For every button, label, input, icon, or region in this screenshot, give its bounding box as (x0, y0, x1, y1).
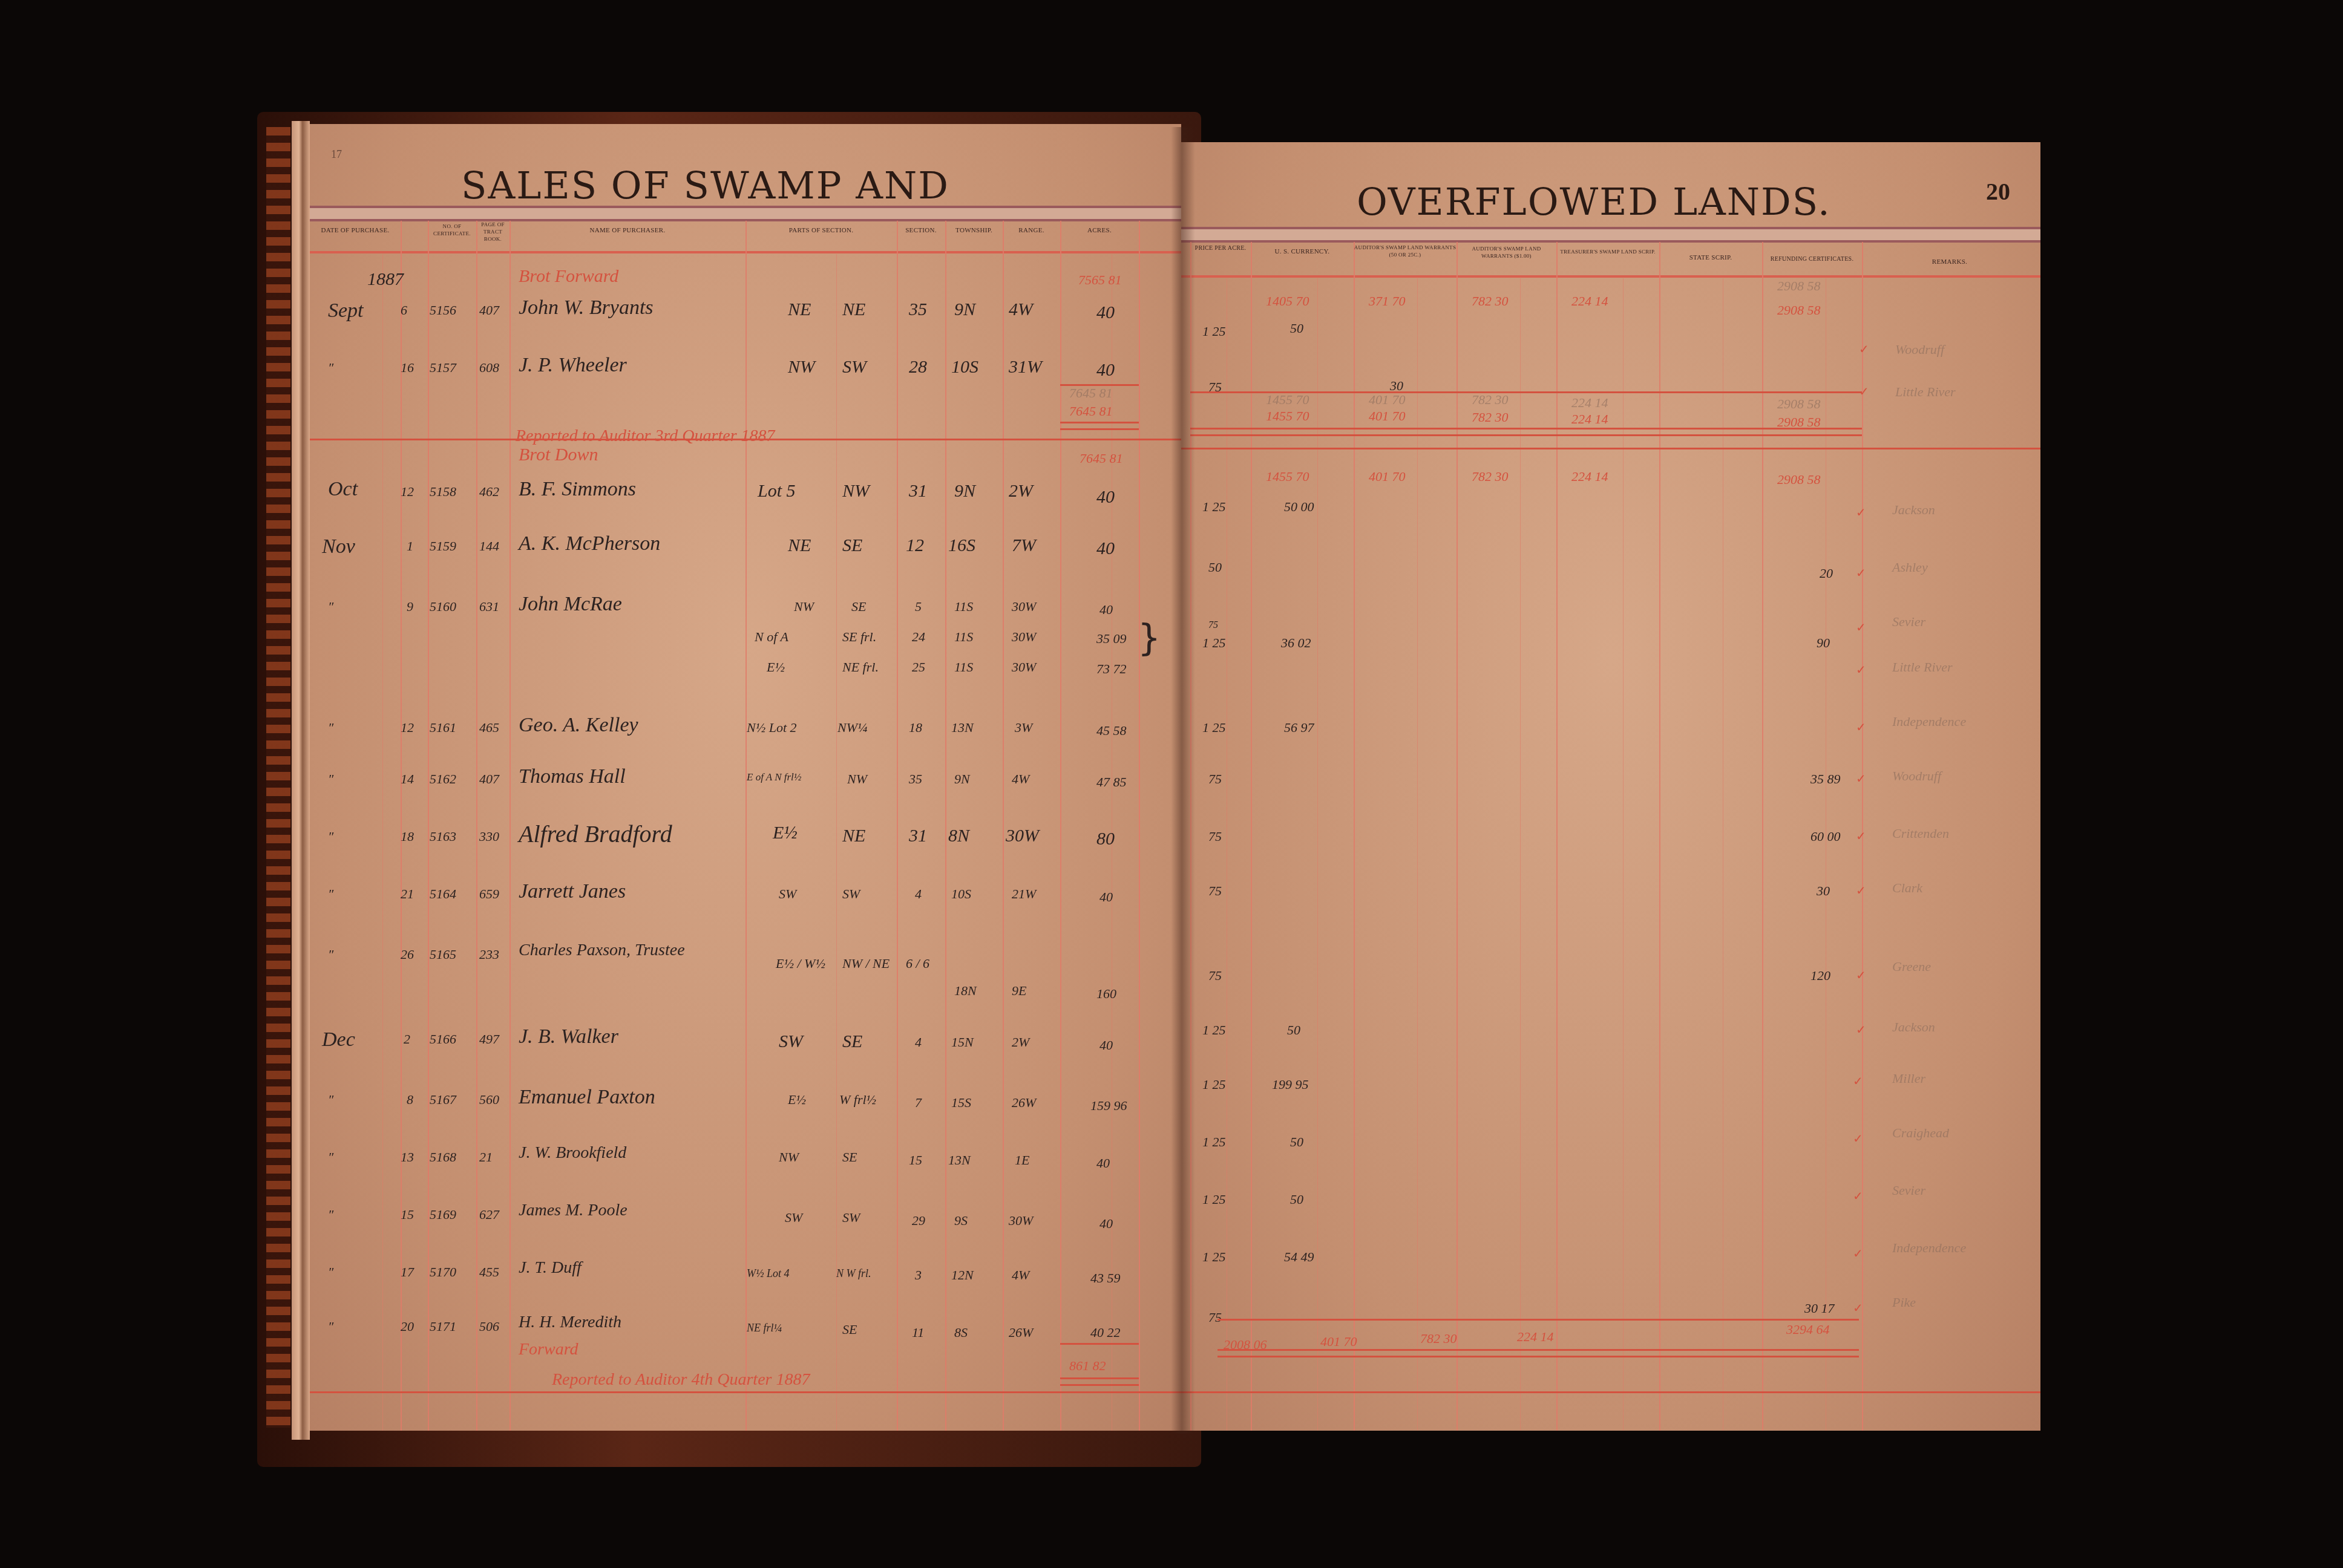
entry-part2: SW (842, 357, 867, 377)
col-line (1060, 221, 1061, 1431)
entry-cert: 5162 (430, 771, 456, 787)
entry-acres: 159 96 (1090, 1098, 1127, 1114)
row-currency: 50 (1290, 1134, 1303, 1150)
row-price: 75 (1208, 1310, 1222, 1325)
entry-day: 12 (401, 720, 414, 736)
bf-aud-100: 782 30 (1472, 293, 1509, 309)
entry-cert: 5156 (430, 302, 456, 318)
q3-aud50: 401 70 (1369, 408, 1406, 424)
entry-month: ″ (328, 1264, 333, 1280)
row-refunding: 30 (1817, 883, 1830, 899)
entry-day: 21 (401, 886, 414, 902)
row-price: 75 (1208, 968, 1222, 984)
col-head-date: DATE OF PURCHASE. (313, 227, 398, 234)
entry-acres: 40 (1096, 1155, 1110, 1171)
bf-treasurer: 224 14 (1571, 293, 1608, 309)
bd-refunding: 2908 58 (1777, 472, 1821, 488)
entry-part1: SW (779, 1031, 803, 1052)
col-head-section: Section. (897, 227, 945, 234)
entry-cert: 5170 (430, 1264, 456, 1280)
check-mark-icon: ✓ (1856, 505, 1866, 520)
entry-part1: NW (794, 599, 814, 615)
subtotal-pencil: 7645 81 (1069, 385, 1113, 401)
bf-refunding-pencil: 2908 58 (1777, 278, 1821, 294)
row-price: 1 25 (1202, 1192, 1226, 1207)
q4-aud100: 782 30 (1420, 1331, 1457, 1347)
year-label: 1887 (367, 269, 404, 290)
entry-section: 35 (909, 299, 927, 320)
entry-month: Oct (328, 478, 358, 501)
entry-part1: E½ (767, 659, 785, 675)
entry-section: 28 (909, 357, 927, 377)
entry-cert: 5168 (430, 1149, 456, 1165)
entry-cert: 5167 (430, 1092, 456, 1108)
entry-cert: 5165 (430, 947, 456, 962)
entry-range: 30W (1012, 659, 1036, 675)
entry-tract-page: 21 (479, 1149, 493, 1165)
col-line (1354, 242, 1355, 1431)
entry-range: 31W (1009, 357, 1042, 377)
col-line (745, 221, 747, 1431)
entry-day: 26 (401, 947, 414, 962)
entry-month: ″ (328, 1092, 333, 1108)
entry-month: Nov (322, 535, 355, 558)
row-remark: Craighead (1892, 1125, 1949, 1141)
brought-down-label: Brot Down (519, 445, 598, 465)
entry-range: 2W (1009, 481, 1033, 501)
entry-township: 10S (951, 357, 978, 377)
row-price: 75 (1208, 620, 1218, 631)
entry-part2: SE (851, 599, 866, 615)
entry-township: 9N (954, 481, 975, 501)
entry-part1: Lot 5 (758, 481, 796, 501)
check-mark-icon: ✓ (1859, 342, 1869, 357)
bd-treasurer: 224 14 (1571, 469, 1608, 485)
entry-day: 14 (401, 771, 414, 787)
entry-range: 1E (1015, 1152, 1029, 1168)
row-refunding: 90 (1817, 635, 1830, 651)
entry-day: 2 (404, 1031, 410, 1047)
entry-day: 8 (407, 1092, 413, 1108)
row-currency: 54 49 (1284, 1249, 1314, 1265)
entry-tract-page: 330 (479, 829, 499, 844)
quarter-divider (1181, 1391, 2040, 1393)
entry-name: A. K. McPherson (519, 532, 660, 555)
entry-acres: 43 59 (1090, 1270, 1121, 1286)
entry-part2: NW / NE (842, 956, 890, 972)
entry-cert: 5158 (430, 484, 456, 500)
entry-tract-page: 455 (479, 1264, 499, 1280)
bf-currency: 1405 70 (1266, 293, 1309, 309)
entry-part1: NE (788, 535, 811, 556)
q3-aud50-pencil: 401 70 (1369, 392, 1406, 408)
col-line (836, 254, 837, 1431)
col-line (1762, 242, 1763, 1431)
entry-month: ″ (328, 1319, 333, 1334)
q4-total: 861 82 (1069, 1358, 1106, 1374)
total-double-rule (1060, 1377, 1139, 1386)
entry-section: 4 (915, 886, 922, 902)
bf-aud-50: 371 70 (1369, 293, 1406, 309)
subtotal-rule (1060, 1343, 1139, 1345)
row-currency: 50 (1287, 1022, 1300, 1038)
page-stack-edge (292, 121, 310, 1440)
entry-month: ″ (328, 720, 333, 736)
entry-name: H. H. Meredith (519, 1313, 621, 1332)
entry-acres: 40 (1096, 302, 1115, 323)
entry-township: 9N (954, 299, 975, 320)
row-remark: Woodruff (1895, 342, 1944, 358)
check-mark-icon: ✓ (1853, 1189, 1863, 1204)
row-remark: Greene (1892, 959, 1931, 975)
entry-day: 13 (401, 1149, 414, 1165)
col-line (897, 221, 898, 1431)
entry-tract-page: 465 (479, 720, 499, 736)
q3-total: 7645 81 (1069, 403, 1113, 419)
col-line (1556, 242, 1558, 1431)
check-mark-icon: ✓ (1853, 1246, 1863, 1261)
entry-part2: W frl½ (839, 1092, 876, 1108)
bd-currency: 1455 70 (1266, 469, 1309, 485)
entry-part1: E½ / W½ (776, 956, 825, 972)
entry-part1: E½ (788, 1092, 806, 1108)
quarter-divider (1181, 448, 2040, 449)
entry-month: ″ (328, 771, 333, 787)
row-price: 75 (1208, 883, 1222, 899)
row-price: 1 25 (1202, 635, 1226, 651)
entry-cert: 5163 (430, 829, 456, 844)
entry-part1: NE (788, 299, 811, 320)
entry-section: 24 (912, 629, 925, 645)
col-line (1659, 242, 1660, 1431)
q4-refunding: 3294 64 (1786, 1322, 1830, 1338)
entry-township: 15N (951, 1034, 974, 1050)
col-head-range: Range. (1003, 227, 1060, 234)
entry-section: 29 (912, 1213, 925, 1229)
col-line (382, 254, 383, 1431)
entry-day: 1 (407, 538, 413, 554)
col-line (1251, 242, 1252, 1431)
entry-part1: W½ Lot 4 (747, 1267, 790, 1280)
left-page: 17 SALES OF SWAMP AND DATE OF PURCHASE. … (310, 124, 1181, 1431)
entry-day: 17 (401, 1264, 414, 1280)
entry-tract-page: 506 (479, 1319, 499, 1334)
book-spine (266, 127, 290, 1428)
row-remark: Woodruff (1892, 768, 1941, 784)
entry-cert: 5166 (430, 1031, 456, 1047)
row-currency: 50 (1290, 1192, 1303, 1207)
entry-part1: NE frl¼ (747, 1322, 782, 1334)
row-price: 50 (1208, 560, 1222, 575)
col-line (510, 221, 511, 1431)
entry-township: 11S (954, 599, 973, 615)
row-currency: 56 97 (1284, 720, 1314, 736)
row-currency: 50 00 (1284, 499, 1314, 515)
entry-part1: E of A N frl½ (747, 771, 802, 783)
row-remark: Pike (1892, 1295, 1916, 1310)
entry-part2: SE frl. (842, 629, 876, 645)
page-number: 20 (1986, 177, 2010, 206)
check-mark-icon: ✓ (1856, 968, 1866, 983)
entry-tract-page: 560 (479, 1092, 499, 1108)
entry-tract-page: 497 (479, 1031, 499, 1047)
entry-month: ″ (328, 360, 333, 376)
entry-tract-page: 608 (479, 360, 499, 376)
entry-part2: NW (847, 771, 867, 787)
page-title-left: SALES OF SWAMP AND (461, 163, 949, 207)
q3-report-note: Reported to Auditor 3rd Quarter 1887 (516, 426, 775, 446)
pencil-mark: 17 (331, 148, 342, 161)
bd-aud50: 401 70 (1369, 469, 1406, 485)
entry-part1: NW (779, 1149, 799, 1165)
entry-cert: 5169 (430, 1207, 456, 1223)
entry-section: 3 (915, 1267, 922, 1283)
entry-day: 16 (401, 360, 414, 376)
entry-acres: 40 (1099, 1216, 1113, 1232)
entry-name: Jarrett Janes (519, 880, 626, 903)
entry-part2: SE (842, 1322, 857, 1338)
entry-name: Emanuel Paxton (519, 1086, 655, 1109)
row-remark: Crittenden (1892, 826, 1949, 841)
entry-name: Alfred Bradford (519, 820, 672, 848)
entry-part2: SE (842, 1031, 862, 1052)
entry-name: John McRae (519, 593, 622, 616)
entry-township: 18N (954, 983, 977, 999)
q3-treasurer-pencil: 224 14 (1571, 395, 1608, 411)
entry-tract-page: 233 (479, 947, 499, 962)
entry-part2: NW (842, 481, 870, 501)
check-mark-icon: ✓ (1856, 720, 1866, 735)
row-price: 1 25 (1202, 1134, 1226, 1150)
col-head-name: NAME OF PURCHASER. (510, 227, 745, 234)
row-currency: 50 (1290, 321, 1303, 336)
entry-part2: SE (842, 535, 862, 556)
entry-cert: 5159 (430, 538, 456, 554)
entry-part2: NE (842, 826, 865, 846)
col-head-refunding: Refunding Certificates. (1762, 256, 1862, 263)
col-line (1826, 278, 1826, 1431)
entry-range: 3W (1015, 720, 1032, 736)
row-remark: Sevier (1892, 1183, 1925, 1198)
brace-mark: } (1138, 617, 1161, 659)
entry-acres: 47 85 (1096, 774, 1127, 790)
col-line (1317, 278, 1318, 1431)
entry-township: 15S (951, 1095, 971, 1111)
entry-part1: SW (779, 886, 796, 902)
entry-part1: SW (785, 1210, 802, 1226)
entry-acres: 40 (1099, 889, 1113, 905)
entry-section: 25 (912, 659, 925, 675)
entry-section: 4 (915, 1034, 922, 1050)
check-mark-icon: ✓ (1856, 566, 1866, 581)
entry-name: James M. Poole (519, 1201, 628, 1220)
entry-township: 10S (951, 886, 971, 902)
entry-range: 4W (1012, 771, 1029, 787)
entry-part2: N W frl. (836, 1267, 871, 1280)
entry-name: J. T. Duff (519, 1258, 582, 1278)
entry-part2: NW¼ (837, 720, 868, 736)
row-price: 1 25 (1202, 1077, 1226, 1093)
brought-down-acres: 7645 81 (1080, 451, 1123, 466)
entry-range: 26W (1009, 1325, 1033, 1341)
entry-section: 7 (915, 1095, 922, 1111)
col-line (401, 221, 402, 1431)
q3-aud100: 782 30 (1472, 410, 1509, 425)
entry-day: 18 (401, 829, 414, 844)
entry-acres: 35 09 (1096, 631, 1127, 647)
row-remark: Jackson (1892, 1019, 1935, 1035)
row-refunding: 30 17 (1804, 1301, 1835, 1316)
col-head-acres: Acres. (1060, 227, 1139, 234)
header-rule-band (310, 206, 1181, 221)
entry-day: 12 (401, 484, 414, 500)
q3-currency-pencil: 1455 70 (1266, 392, 1309, 408)
brought-forward-acres: 7565 81 (1078, 272, 1122, 288)
entry-section: 5 (915, 599, 922, 615)
right-page: OVERFLOWED LANDS. 20 Price Per Acre. U. … (1181, 142, 2040, 1431)
entry-acres: 40 (1096, 360, 1115, 381)
col-head-township: Township. (945, 227, 1003, 234)
col-head-treasurer-scrip: Treasurer's Swamp Land Scrip. (1556, 248, 1659, 255)
col-head-price: Price Per Acre. (1190, 245, 1251, 252)
entry-month: ″ (328, 1207, 333, 1223)
entry-cert: 5164 (430, 886, 456, 902)
q4-treasurer: 224 14 (1517, 1329, 1554, 1345)
entry-section: 31 (909, 481, 927, 501)
entry-tract-page: 407 (479, 302, 499, 318)
q3-refunding-pencil: 2908 58 (1777, 396, 1821, 412)
entry-name: Charles Paxson, Trustee (519, 941, 685, 960)
entry-township: 16S (948, 535, 975, 556)
entry-range: 21W (1012, 886, 1036, 902)
entry-township: 9N (954, 771, 970, 787)
entry-part1: N½ Lot 2 (747, 720, 797, 736)
row-price: 1 25 (1202, 499, 1226, 515)
entry-cert: 5160 (430, 599, 456, 615)
row-currency: 36 02 (1281, 635, 1311, 651)
entry-cert: 5161 (430, 720, 456, 736)
col-line (1227, 278, 1227, 1431)
row-remark: Independence (1892, 714, 1966, 730)
col-head-aud-warrants-100: Auditor's Swamp Land Warrants ($1.00) (1457, 245, 1556, 260)
entry-township: 9S (954, 1213, 968, 1229)
entry-range: 4W (1009, 299, 1033, 320)
entry-range: 2W (1012, 1034, 1029, 1050)
entry-part2: NE frl. (842, 659, 879, 675)
col-head-state-scrip: STATE SCRIP. (1659, 254, 1762, 261)
check-mark-icon: ✓ (1853, 1301, 1863, 1316)
entry-section: 11 (912, 1325, 924, 1341)
row-price: 75 (1208, 829, 1222, 844)
entry-acres: 40 (1099, 1037, 1113, 1053)
entry-day: 9 (407, 599, 413, 615)
row-price: 1 25 (1202, 324, 1226, 339)
header-bottom-rule (1181, 275, 2040, 278)
row-remark: Clark (1892, 880, 1922, 896)
entry-acres: 40 (1096, 487, 1115, 508)
subtotal-rule (1217, 1319, 1859, 1321)
entry-name: B. F. Simmons (519, 478, 636, 501)
col-line (476, 221, 477, 1431)
forward-label: Forward (519, 1340, 578, 1359)
entry-tract-page: 627 (479, 1207, 499, 1223)
entry-month: ″ (328, 1149, 333, 1165)
entry-part1: NW (788, 357, 815, 377)
check-mark-icon: ✓ (1856, 883, 1866, 898)
row-remark: Little River (1895, 384, 1956, 400)
header-rule-band (1181, 227, 2040, 243)
col-line (945, 221, 946, 1431)
col-line (1457, 242, 1458, 1431)
col-line (1003, 221, 1004, 1431)
entry-part2: SE (842, 1149, 857, 1165)
entry-range: 7W (1012, 535, 1036, 556)
entry-month: ″ (328, 886, 333, 902)
col-head-tract-page: Page of Tract Book. (476, 221, 510, 243)
entry-range: 26W (1012, 1095, 1036, 1111)
entry-part1: N of A (755, 629, 788, 645)
quarter-divider (310, 439, 1181, 440)
entry-section: 35 (909, 771, 922, 787)
entry-acres: 45 58 (1096, 723, 1127, 739)
row-remark: Ashley (1892, 560, 1928, 575)
entry-part2: NE (842, 299, 865, 320)
row-price: 1 25 (1202, 720, 1226, 736)
col-line (1139, 221, 1140, 1431)
entry-tract-page: 462 (479, 484, 499, 500)
entry-name: J. P. Wheeler (519, 354, 627, 377)
entry-range: 4W (1012, 1267, 1029, 1283)
row-price: 1 25 (1202, 1249, 1226, 1265)
check-mark-icon: ✓ (1859, 384, 1869, 399)
entry-name: J. W. Brookfield (519, 1143, 626, 1163)
total-double-rule (1190, 428, 1862, 436)
bd-aud100: 782 30 (1472, 469, 1509, 485)
entry-cert: 5157 (430, 360, 456, 376)
col-line (428, 221, 429, 1431)
col-line (1417, 278, 1418, 1431)
row-remark: Jackson (1892, 502, 1935, 518)
row-refunding: 20 (1820, 566, 1833, 581)
q4-report-note: Reported to Auditor 4th Quarter 1887 (552, 1370, 810, 1390)
col-head-parts: PARTS OF SECTION. (745, 227, 897, 234)
entry-name: Geo. A. Kelley (519, 714, 638, 737)
brought-forward-label: Brot Forward (519, 266, 618, 287)
row-currency: 199 95 (1272, 1077, 1309, 1093)
entry-day: 6 (401, 302, 407, 318)
entry-name: Thomas Hall (519, 765, 626, 788)
entry-tract-page: 631 (479, 599, 499, 615)
entry-acres: 40 (1096, 538, 1115, 559)
entry-month: Dec (322, 1028, 355, 1051)
entry-township: 13N (948, 1152, 971, 1168)
check-mark-icon: ✓ (1853, 1074, 1863, 1089)
entry-range: 30W (1012, 599, 1036, 615)
entry-acres: 40 (1099, 602, 1113, 618)
entry-section: 31 (909, 826, 927, 846)
entry-township: 11S (954, 629, 973, 645)
col-head-currency: U. S. Currency. (1251, 248, 1354, 255)
quarter-divider (310, 1391, 1181, 1393)
entry-range: 30W (1012, 629, 1036, 645)
check-mark-icon: ✓ (1856, 662, 1866, 678)
row-remark: Sevier (1892, 614, 1925, 630)
entry-township: 12N (951, 1267, 974, 1283)
q4-aud50: 401 70 (1320, 1334, 1357, 1350)
row-price: 1 25 (1202, 1022, 1226, 1038)
check-mark-icon: ✓ (1856, 1022, 1866, 1037)
row-refunding: 35 89 (1810, 771, 1841, 787)
